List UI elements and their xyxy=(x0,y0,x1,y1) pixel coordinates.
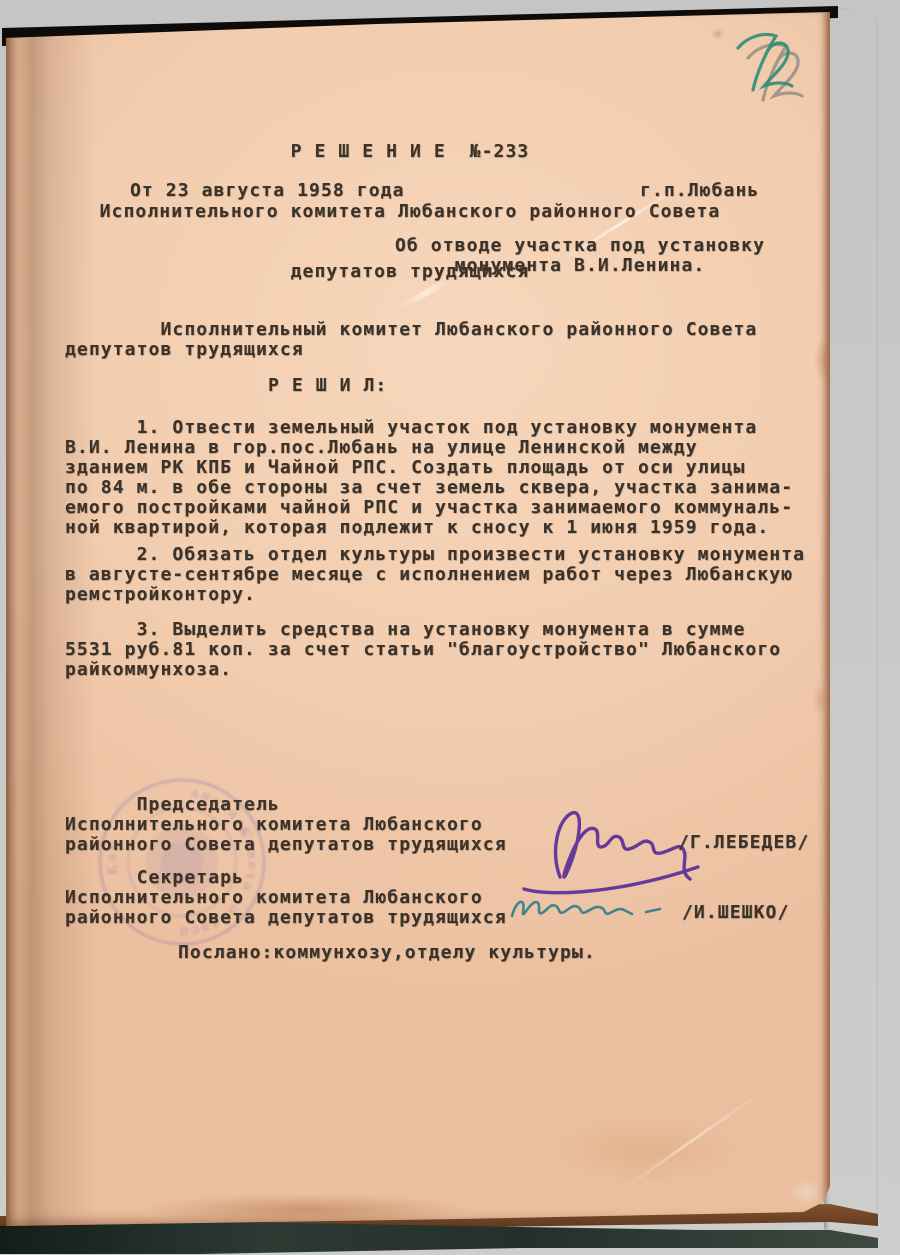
paper-scratch xyxy=(621,1092,762,1192)
distribution-note: Послано:коммунхозу,отделу культуры. xyxy=(178,943,596,963)
scan-background: Р Е Ш Е Н И Е №-233 Исполнительного коми… xyxy=(0,0,900,1255)
text-line: Председатель xyxy=(65,795,507,815)
text-line: В.И. Ленина в гор.пос.Любань на улице Ле… xyxy=(65,438,793,458)
secretary-title-block: СекретарьИсполнительного комитета Любанс… xyxy=(65,868,507,928)
decision-title: Р Е Ш Е Н И Е №-233 xyxy=(90,142,730,162)
text-line: ной квартирой, которая подлежит к сносу … xyxy=(65,518,793,538)
text-line: райкоммунхоза. xyxy=(65,660,781,680)
book-fore-edge xyxy=(824,6,878,1240)
text-line: районного Совета депутатов трудящихся xyxy=(65,908,507,928)
text-line: ремстройконтору. xyxy=(65,585,805,605)
text-line: по 84 м. в обе стороны за счет земель ск… xyxy=(65,478,793,498)
text-line: емого постройками чайной РПС и участка з… xyxy=(65,498,793,518)
document-page: Р Е Ш Е Н И Е №-233 Исполнительного коми… xyxy=(6,0,830,1232)
secretary-signature xyxy=(506,886,678,930)
text-line: 3. Выделить средства на установку монуме… xyxy=(65,620,781,640)
gutter-shadow xyxy=(6,0,98,1232)
text-line: 5531 руб.81 коп. за счет статьи "благоус… xyxy=(65,640,781,660)
page-number-handwritten xyxy=(728,24,814,114)
place-text: г.п.Любань xyxy=(640,181,759,201)
text-line: Исполнительного комитета Любанского xyxy=(65,815,507,835)
secretary-name: /И.ШЕШКО/ xyxy=(682,903,789,923)
chairman-title-block: ПредседательИсполнительного комитета Люб… xyxy=(65,795,507,855)
text-line: 2. Обязать отдел культуры произвести уст… xyxy=(65,545,805,565)
text-line: в августе-сентябре месяце с исполнением … xyxy=(65,565,805,585)
issuing-org-line1: Исполнительного комитета Любанского райо… xyxy=(90,202,730,222)
text-line: Об отводе участка под установку xyxy=(355,236,805,256)
decision-item-3: 3. Выделить средства на установку монуме… xyxy=(65,620,781,680)
text-line: 1. Отвести земельный участок под установ… xyxy=(65,418,793,438)
text-line: Исполнительный комитет Любанского районн… xyxy=(65,320,757,340)
date-text: От 23 августа 1958 года xyxy=(130,181,405,201)
text-line: Исполнительного комитета Любанского xyxy=(65,888,507,908)
text-line: Секретарь xyxy=(65,868,507,888)
decision-item-2: 2. Обязать отдел культуры произвести уст… xyxy=(65,545,805,605)
decision-item-1: 1. Отвести земельный участок под установ… xyxy=(65,418,793,538)
text-line: монумента В.И.Ленина. xyxy=(355,256,805,276)
text-line: депутатов трудящихся xyxy=(65,340,757,360)
text-line: районного Совета депутатов трудящихся xyxy=(65,835,507,855)
document-header: Р Е Ш Е Н И Е №-233 Исполнительного коми… xyxy=(90,102,730,322)
intro-paragraph: Исполнительный комитет Любанского районн… xyxy=(65,320,757,360)
page-number-ink xyxy=(738,35,792,91)
text-line: зданием РК КПБ и Чайной РПС. Создать пло… xyxy=(65,458,793,478)
chairman-name: /Г.ЛЕБЕДЕВ/ xyxy=(678,833,809,853)
decision-word: Р Е Ш И Л: xyxy=(268,376,387,396)
subject-block: Об отводе участка под установкумонумента… xyxy=(355,236,805,276)
